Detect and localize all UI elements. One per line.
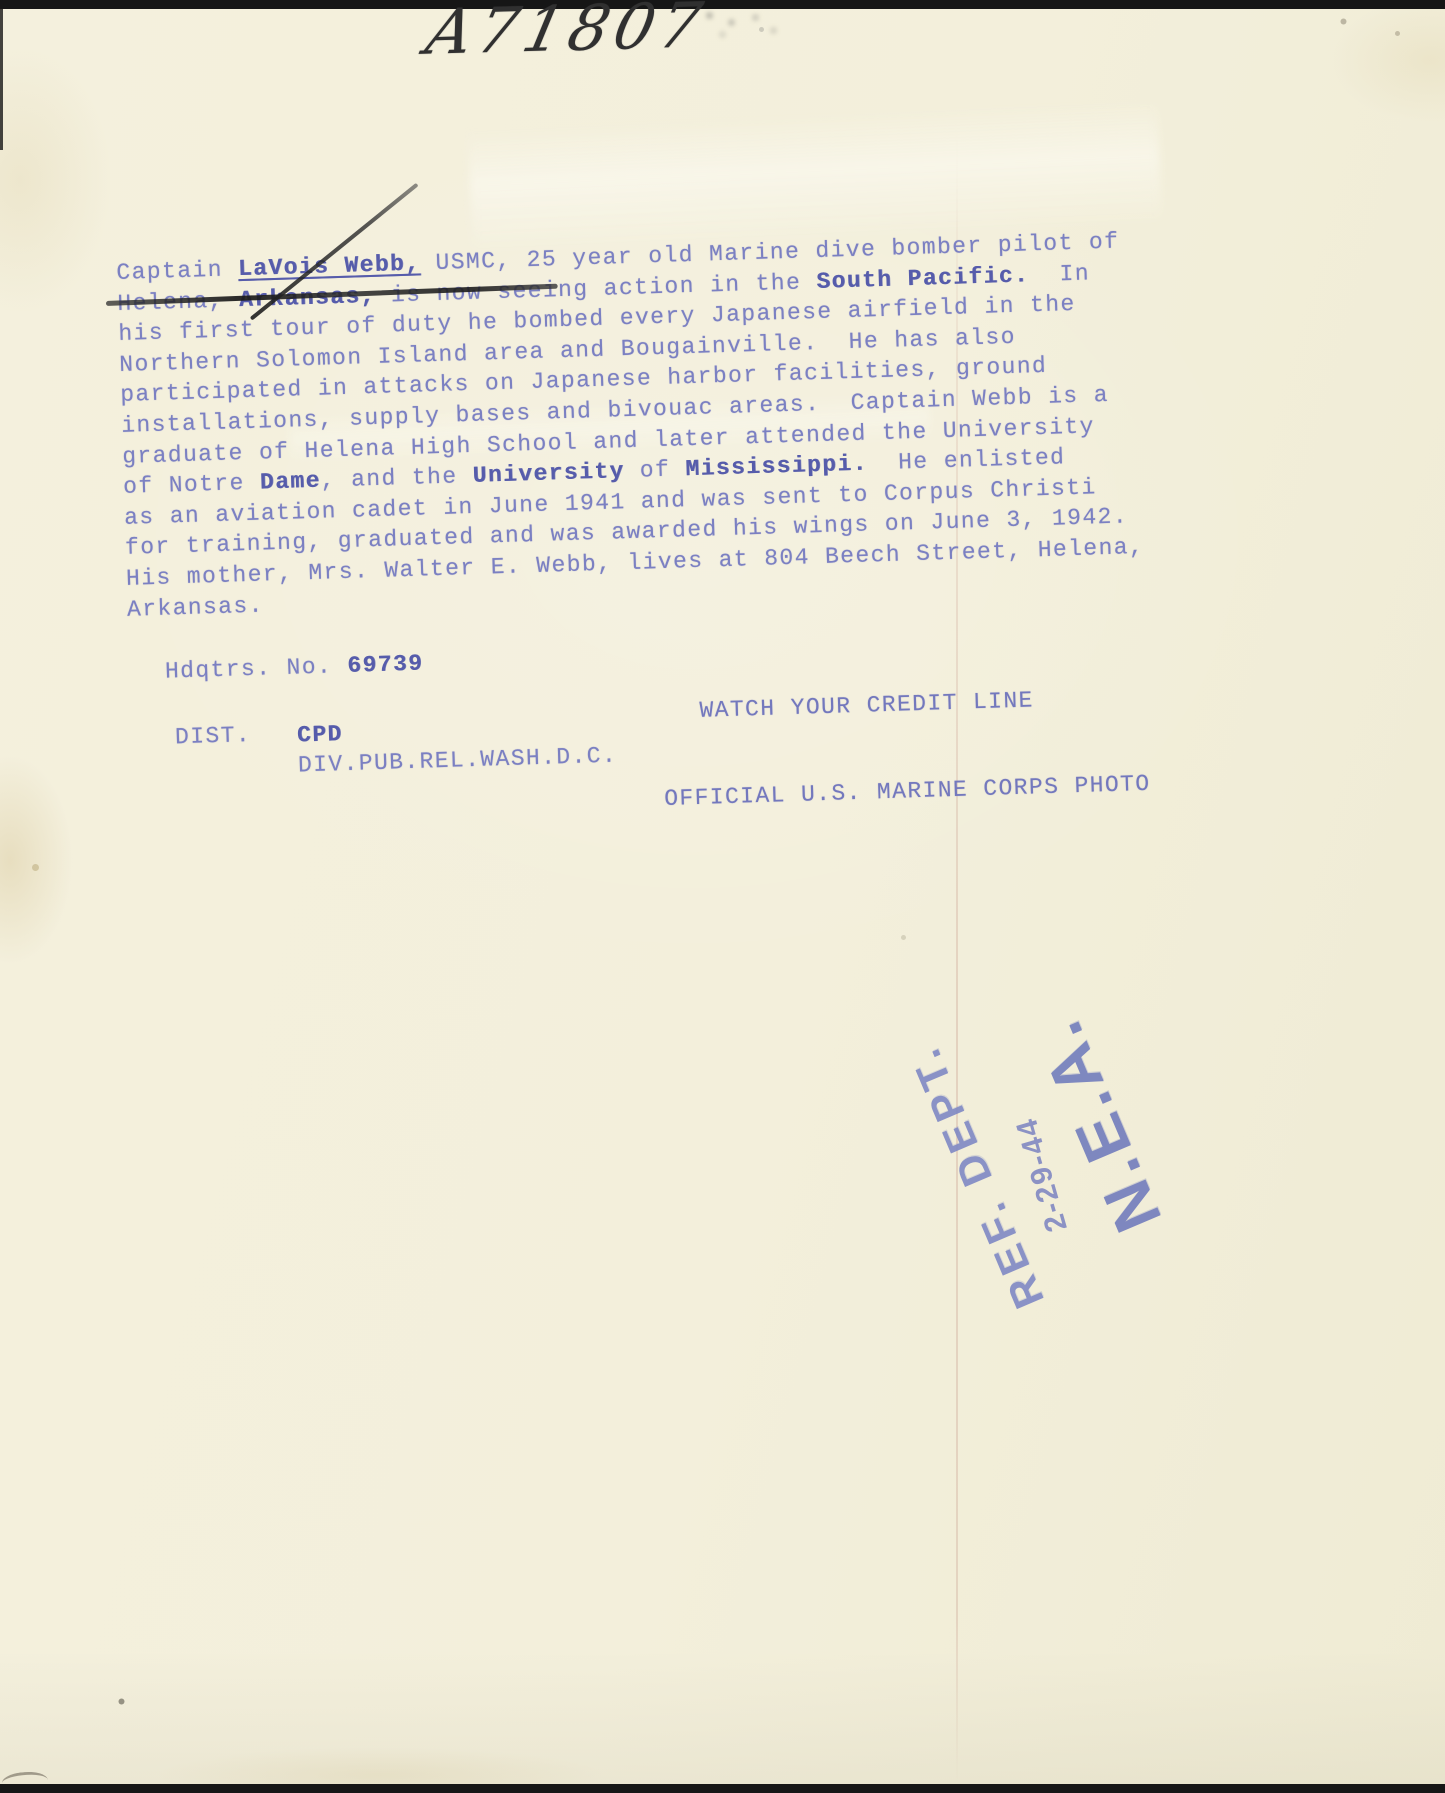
hdqtrs-label: Hdqtrs. No. (165, 653, 348, 685)
distribution-recipients: CPD DIV.PUB.REL.WASH.D.C. (297, 711, 618, 781)
scan-edge-bottom (0, 1784, 1445, 1793)
hdqtrs-value: 69739 (347, 651, 424, 679)
pencil-smudge (706, 12, 713, 19)
ref-dept-stamp: REF. DEPT. 2-29-44 N.E.A. (890, 955, 1196, 1341)
handwritten-photo-number: A71807 (420, 0, 714, 69)
credit-line-2: OFFICIAL U.S. MARINE CORPS PHOTO (664, 770, 1151, 814)
typewritten-block: Captain LaVois Webb, USMC, 25 year old M… (116, 222, 1293, 818)
photo-back-scan: A71807 Captain LaVois Webb, USMC, 25 yea… (0, 0, 1445, 1793)
paper-specks (0, 0, 3, 3)
credit-notice: WATCH YOUR CREDIT LINE OFFICIAL U.S. MAR… (659, 625, 1153, 872)
scan-edge-top (0, 0, 1445, 9)
scan-edge-left (0, 0, 3, 150)
distribution-label: DIST. (175, 721, 298, 751)
credit-line-1: WATCH YOUR CREDIT LINE (661, 683, 1148, 727)
hdqtrs-number-row: Hdqtrs. No. 69739 (165, 651, 424, 685)
distribution-row: DIST. CPD DIV.PUB.REL.WASH.D.C. (175, 711, 618, 785)
